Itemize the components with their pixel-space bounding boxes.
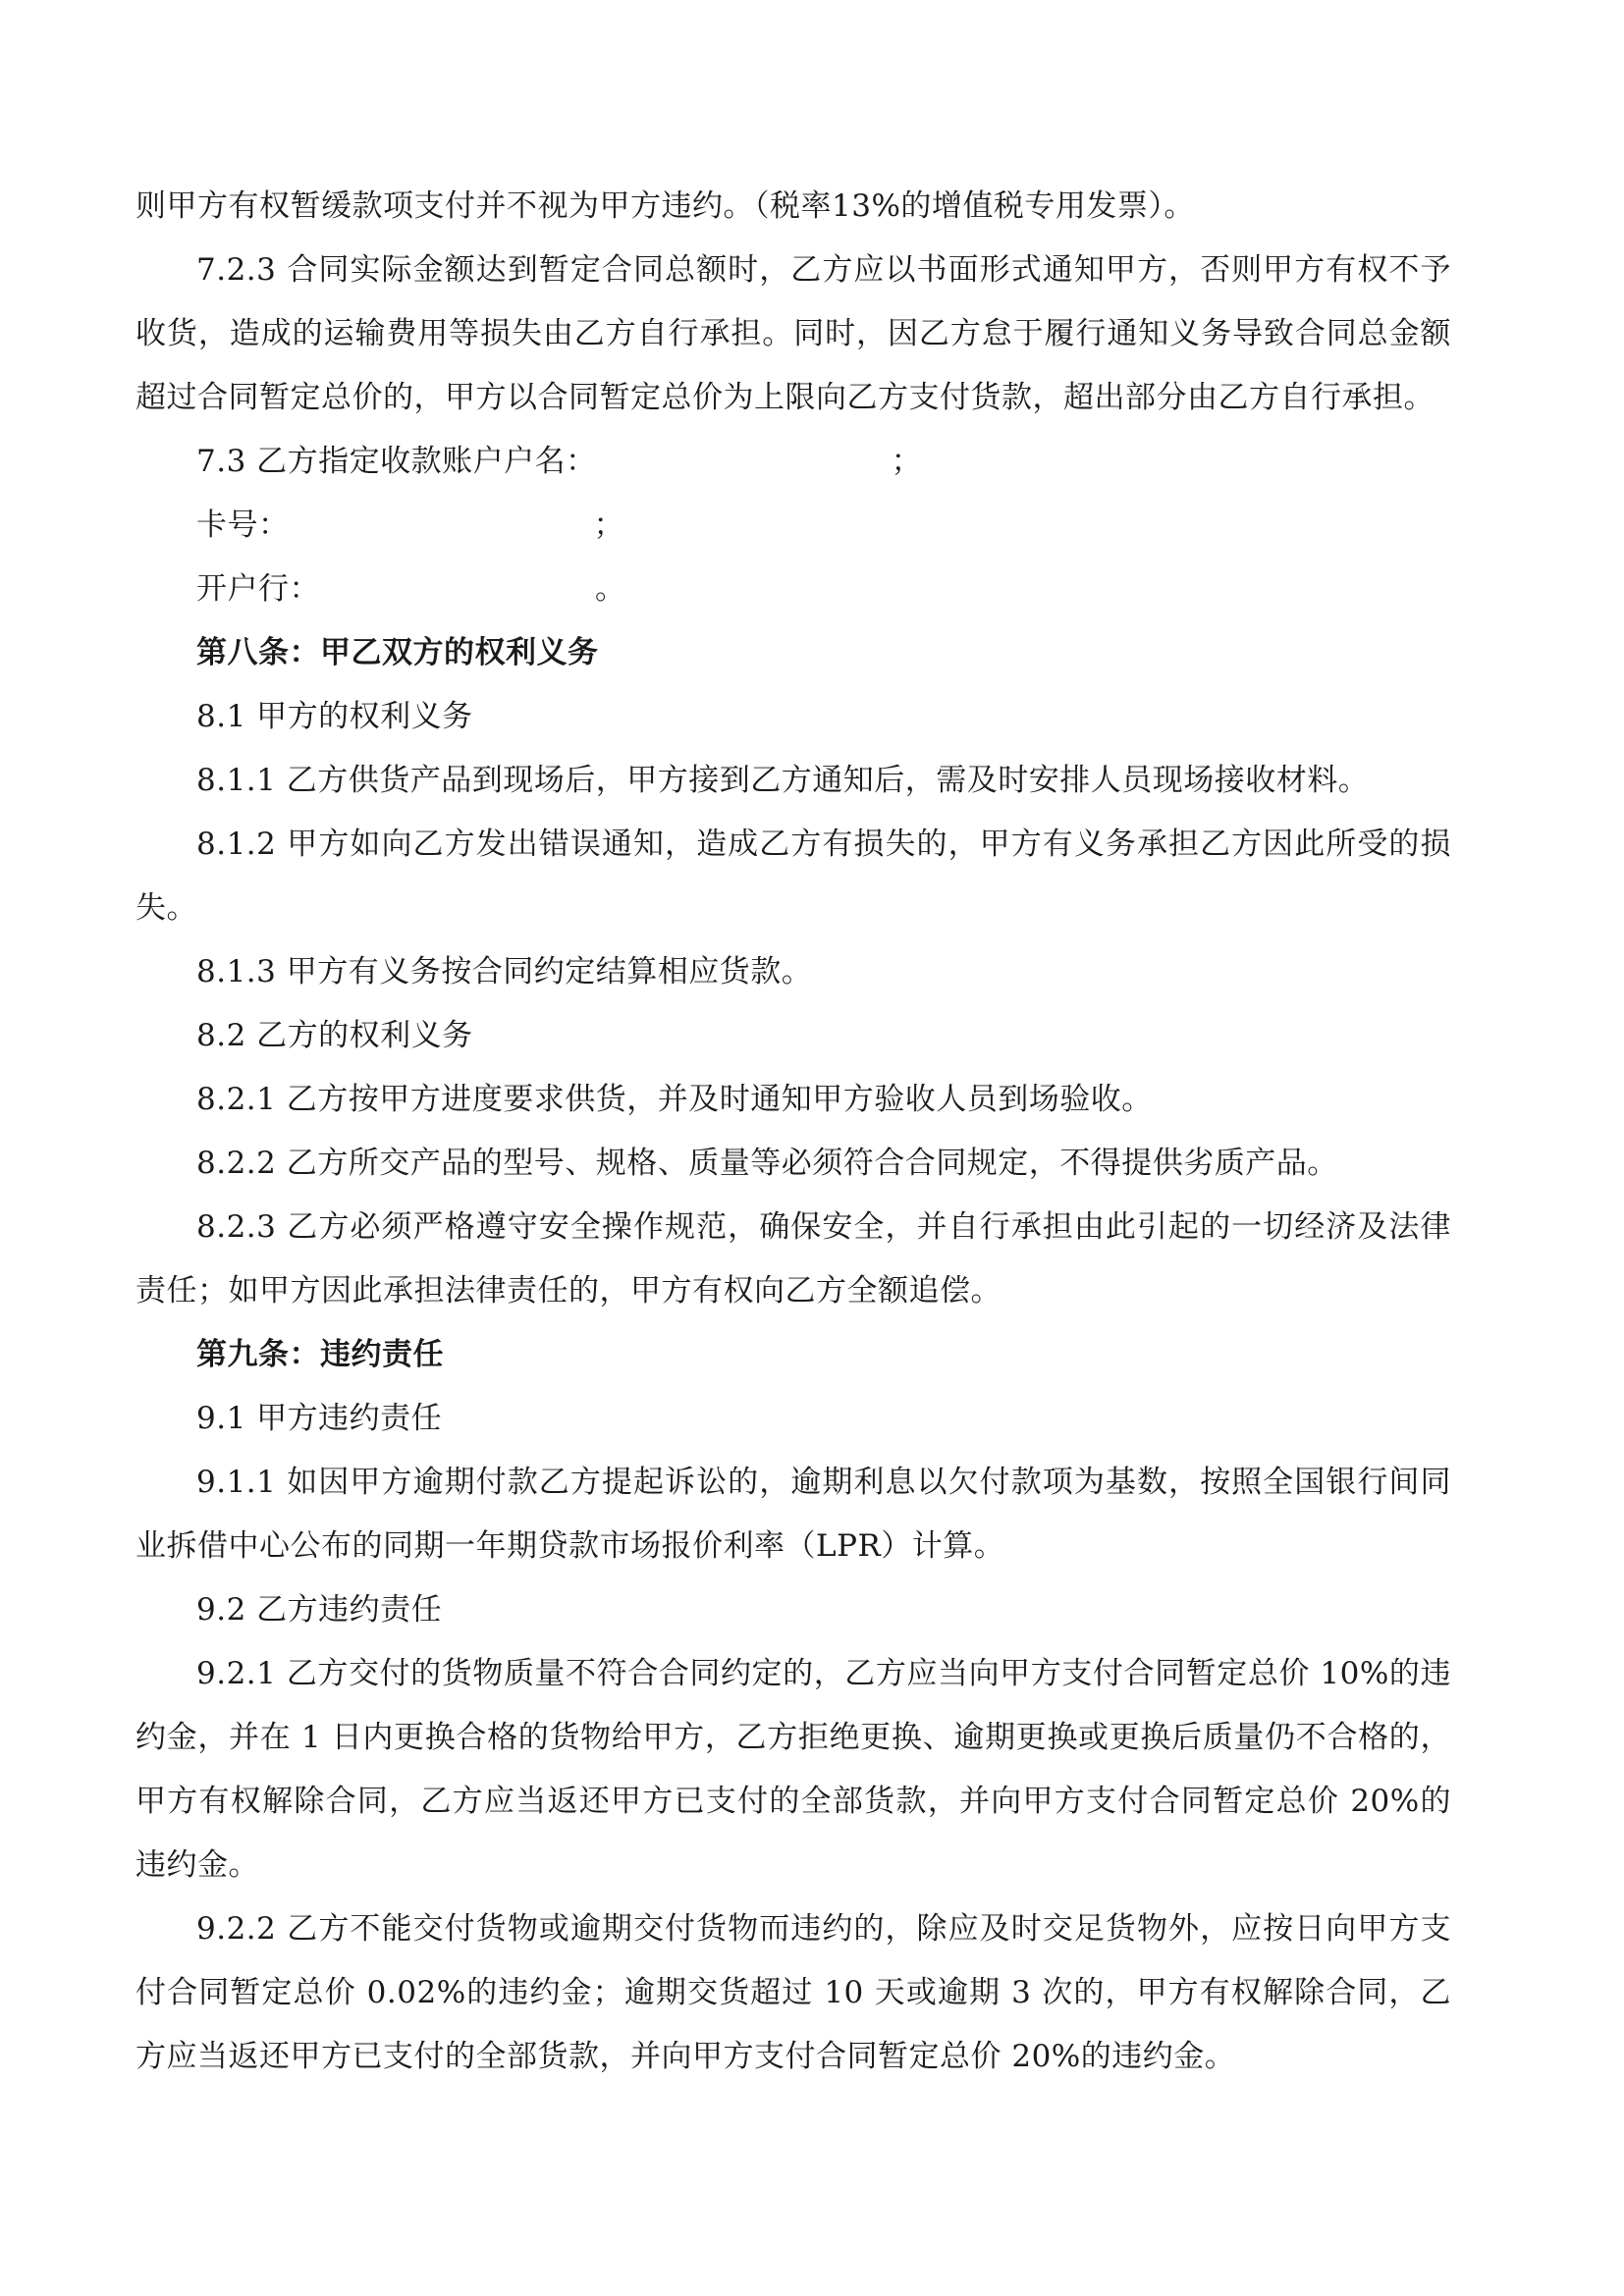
account-name-end: ； bbox=[892, 444, 923, 479]
clause-9-1-1: 9.1.1 如因甲方逾期付款乙方提起诉讼的，逾期利息以欠付款项为基数，按照全国银… bbox=[135, 1451, 1451, 1578]
clause-8-1-1: 8.1.1 乙方供货产品到现场后，甲方接到乙方通知后，需及时安排人员现场接收材料… bbox=[135, 749, 1451, 813]
bank-line: 开户行：。 bbox=[135, 558, 1451, 621]
account-name-label: 7.3 乙方指定收款账户户名： bbox=[196, 444, 597, 479]
article-8-heading: 第八条：甲乙双方的权利义务 bbox=[135, 621, 1451, 685]
clause-8-1-2: 8.1.2 甲方如向乙方发出错误通知，造成乙方有损失的，甲方有义务承担乙方因此所… bbox=[135, 813, 1451, 940]
clause-8-2-2: 8.2.2 乙方所交产品的型号、规格、质量等必须符合合同规定，不得提供劣质产品。 bbox=[135, 1132, 1451, 1196]
clause-9-2-2: 9.2.2 乙方不能交付货物或逾期交付货物而违约的，除应及时交足货物外，应按日向… bbox=[135, 1897, 1451, 2089]
card-number-label: 卡号： bbox=[196, 507, 290, 543]
clause-8-1-3: 8.1.3 甲方有义务按合同约定结算相应货款。 bbox=[135, 940, 1451, 1004]
clause-9-2: 9.2 乙方违约责任 bbox=[135, 1578, 1451, 1642]
article-9-heading: 第九条：违约责任 bbox=[135, 1323, 1451, 1387]
paragraph-continuation: 则甲方有权暂缓款项支付并不视为甲方违约。（税率13%的增值税专用发票）。 bbox=[135, 175, 1451, 239]
clause-8-2-1: 8.2.1 乙方按甲方进度要求供货，并及时通知甲方验收人员到场验收。 bbox=[135, 1068, 1451, 1132]
clause-9-1: 9.1 甲方违约责任 bbox=[135, 1387, 1451, 1451]
clause-8-2: 8.2 乙方的权利义务 bbox=[135, 1004, 1451, 1068]
card-number-end: ； bbox=[594, 507, 625, 543]
clause-7-3-account-name: 7.3 乙方指定收款账户户名：； bbox=[135, 430, 1451, 494]
clause-8-2-3: 8.2.3 乙方必须严格遵守安全操作规范，确保安全，并自行承担由此引起的一切经济… bbox=[135, 1196, 1451, 1323]
bank-label: 开户行： bbox=[196, 571, 320, 607]
clause-8-1: 8.1 甲方的权利义务 bbox=[135, 685, 1451, 749]
card-number-line: 卡号：； bbox=[135, 494, 1451, 558]
document-page: 则甲方有权暂缓款项支付并不视为甲方违约。（税率13%的增值税专用发票）。 7.2… bbox=[0, 0, 1624, 2296]
clause-9-2-1: 9.2.1 乙方交付的货物质量不符合合同约定的，乙方应当向甲方支付合同暂定总价 … bbox=[135, 1642, 1451, 1897]
contract-body: 则甲方有权暂缓款项支付并不视为甲方违约。（税率13%的增值税专用发票）。 7.2… bbox=[135, 175, 1451, 2089]
clause-7-2-3: 7.2.3 合同实际金额达到暂定合同总额时，乙方应以书面形式通知甲方，否则甲方有… bbox=[135, 239, 1451, 430]
bank-end: 。 bbox=[595, 571, 626, 607]
